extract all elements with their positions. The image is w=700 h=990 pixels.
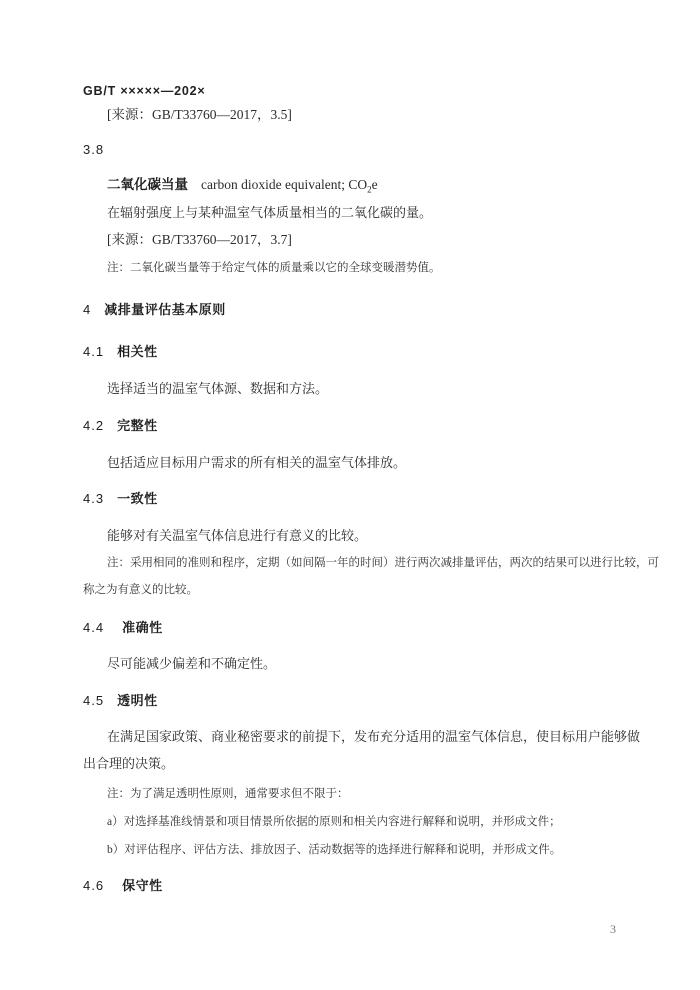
section-heading-4-4: 4.4准确性 xyxy=(83,620,163,636)
section-number: 4.1 xyxy=(83,344,104,359)
section-body-4-3: 能够对有关温室气体信息进行有意义的比较。 xyxy=(107,528,367,544)
section-number: 4.3 xyxy=(83,491,104,506)
section-number: 4.4 xyxy=(83,620,104,635)
section-heading-4-2: 4.2完整性 xyxy=(83,418,158,434)
section-heading-4-6: 4.6保守性 xyxy=(83,878,163,894)
section-heading-4-5: 4.5透明性 xyxy=(83,693,158,709)
section-body-4-5-line1: 在满足国家政策、商业秘密要求的前提下，发布充分适用的温室气体信息，使目标用户能够… xyxy=(107,729,640,745)
section-number: 4.6 xyxy=(83,878,104,893)
section-title: 相关性 xyxy=(117,344,158,359)
section-title: 一致性 xyxy=(117,491,158,506)
chapter-heading: 4减排量评估基本原则 xyxy=(83,302,226,318)
section-number: 4.2 xyxy=(83,418,104,433)
section-heading-4-3: 4.3一致性 xyxy=(83,491,158,507)
section-heading-4-1: 4.1相关性 xyxy=(83,344,158,360)
standard-code-header: GB/T ×××××—202× xyxy=(83,84,206,100)
section-number: 4.5 xyxy=(83,693,104,708)
section-body-4-1: 选择适当的温室气体源、数据和方法。 xyxy=(107,381,328,397)
section-body-4-5-line2: 出合理的决策。 xyxy=(83,756,174,772)
chapter-number: 4 xyxy=(83,302,91,317)
chapter-title: 减排量评估基本原则 xyxy=(104,302,226,317)
term-chinese: 二氧化碳当量 xyxy=(107,177,188,192)
term-english: carbon dioxide equivalent; CO2e xyxy=(201,177,378,192)
list-item-b: b）对评估程序、评估方法、排放因子、活动数据等的选择进行解释和说明，并形成文件。 xyxy=(107,843,561,857)
section-title: 准确性 xyxy=(122,620,163,635)
section-body-4-2: 包括适应目标用户需求的所有相关的温室气体排放。 xyxy=(107,455,406,471)
section-body-4-4: 尽可能减少偏差和不确定性。 xyxy=(107,656,276,672)
section-title: 完整性 xyxy=(117,418,158,433)
term-entry: 二氧化碳当量carbon dioxide equivalent; CO2e xyxy=(107,177,378,196)
section-title: 透明性 xyxy=(117,693,158,708)
section-note-4-3-line1: 注：采用相同的准则和程序，定期（如间隔一年的时间）进行两次减排量评估，两次的结果… xyxy=(107,556,659,570)
source-reference-3-5: [来源：GB/T33760—2017，3.5] xyxy=(107,107,292,124)
section-note-4-3-line2: 称之为有意义的比较。 xyxy=(83,583,198,597)
section-note-4-5: 注：为了满足透明性原则，通常要求但不限于： xyxy=(107,787,349,801)
section-title: 保守性 xyxy=(122,878,163,893)
term-definition: 在辐射强度上与某种温室气体质量相当的二氧化碳的量。 xyxy=(107,205,432,221)
list-item-a: a）对选择基准线情景和项目情景所依据的原则和相关内容进行解释和说明，并形成文件； xyxy=(107,815,561,829)
term-clause-number: 3.8 xyxy=(83,142,104,158)
term-note: 注：二氧化碳当量等于给定气体的质量乘以它的全球变暖潜势值。 xyxy=(107,261,441,275)
page-number: 3 xyxy=(610,922,616,937)
source-reference-3-7: [来源：GB/T33760—2017，3.7] xyxy=(107,232,292,249)
document-page: GB/T ×××××—202× [来源：GB/T33760—2017，3.5] … xyxy=(0,0,700,990)
